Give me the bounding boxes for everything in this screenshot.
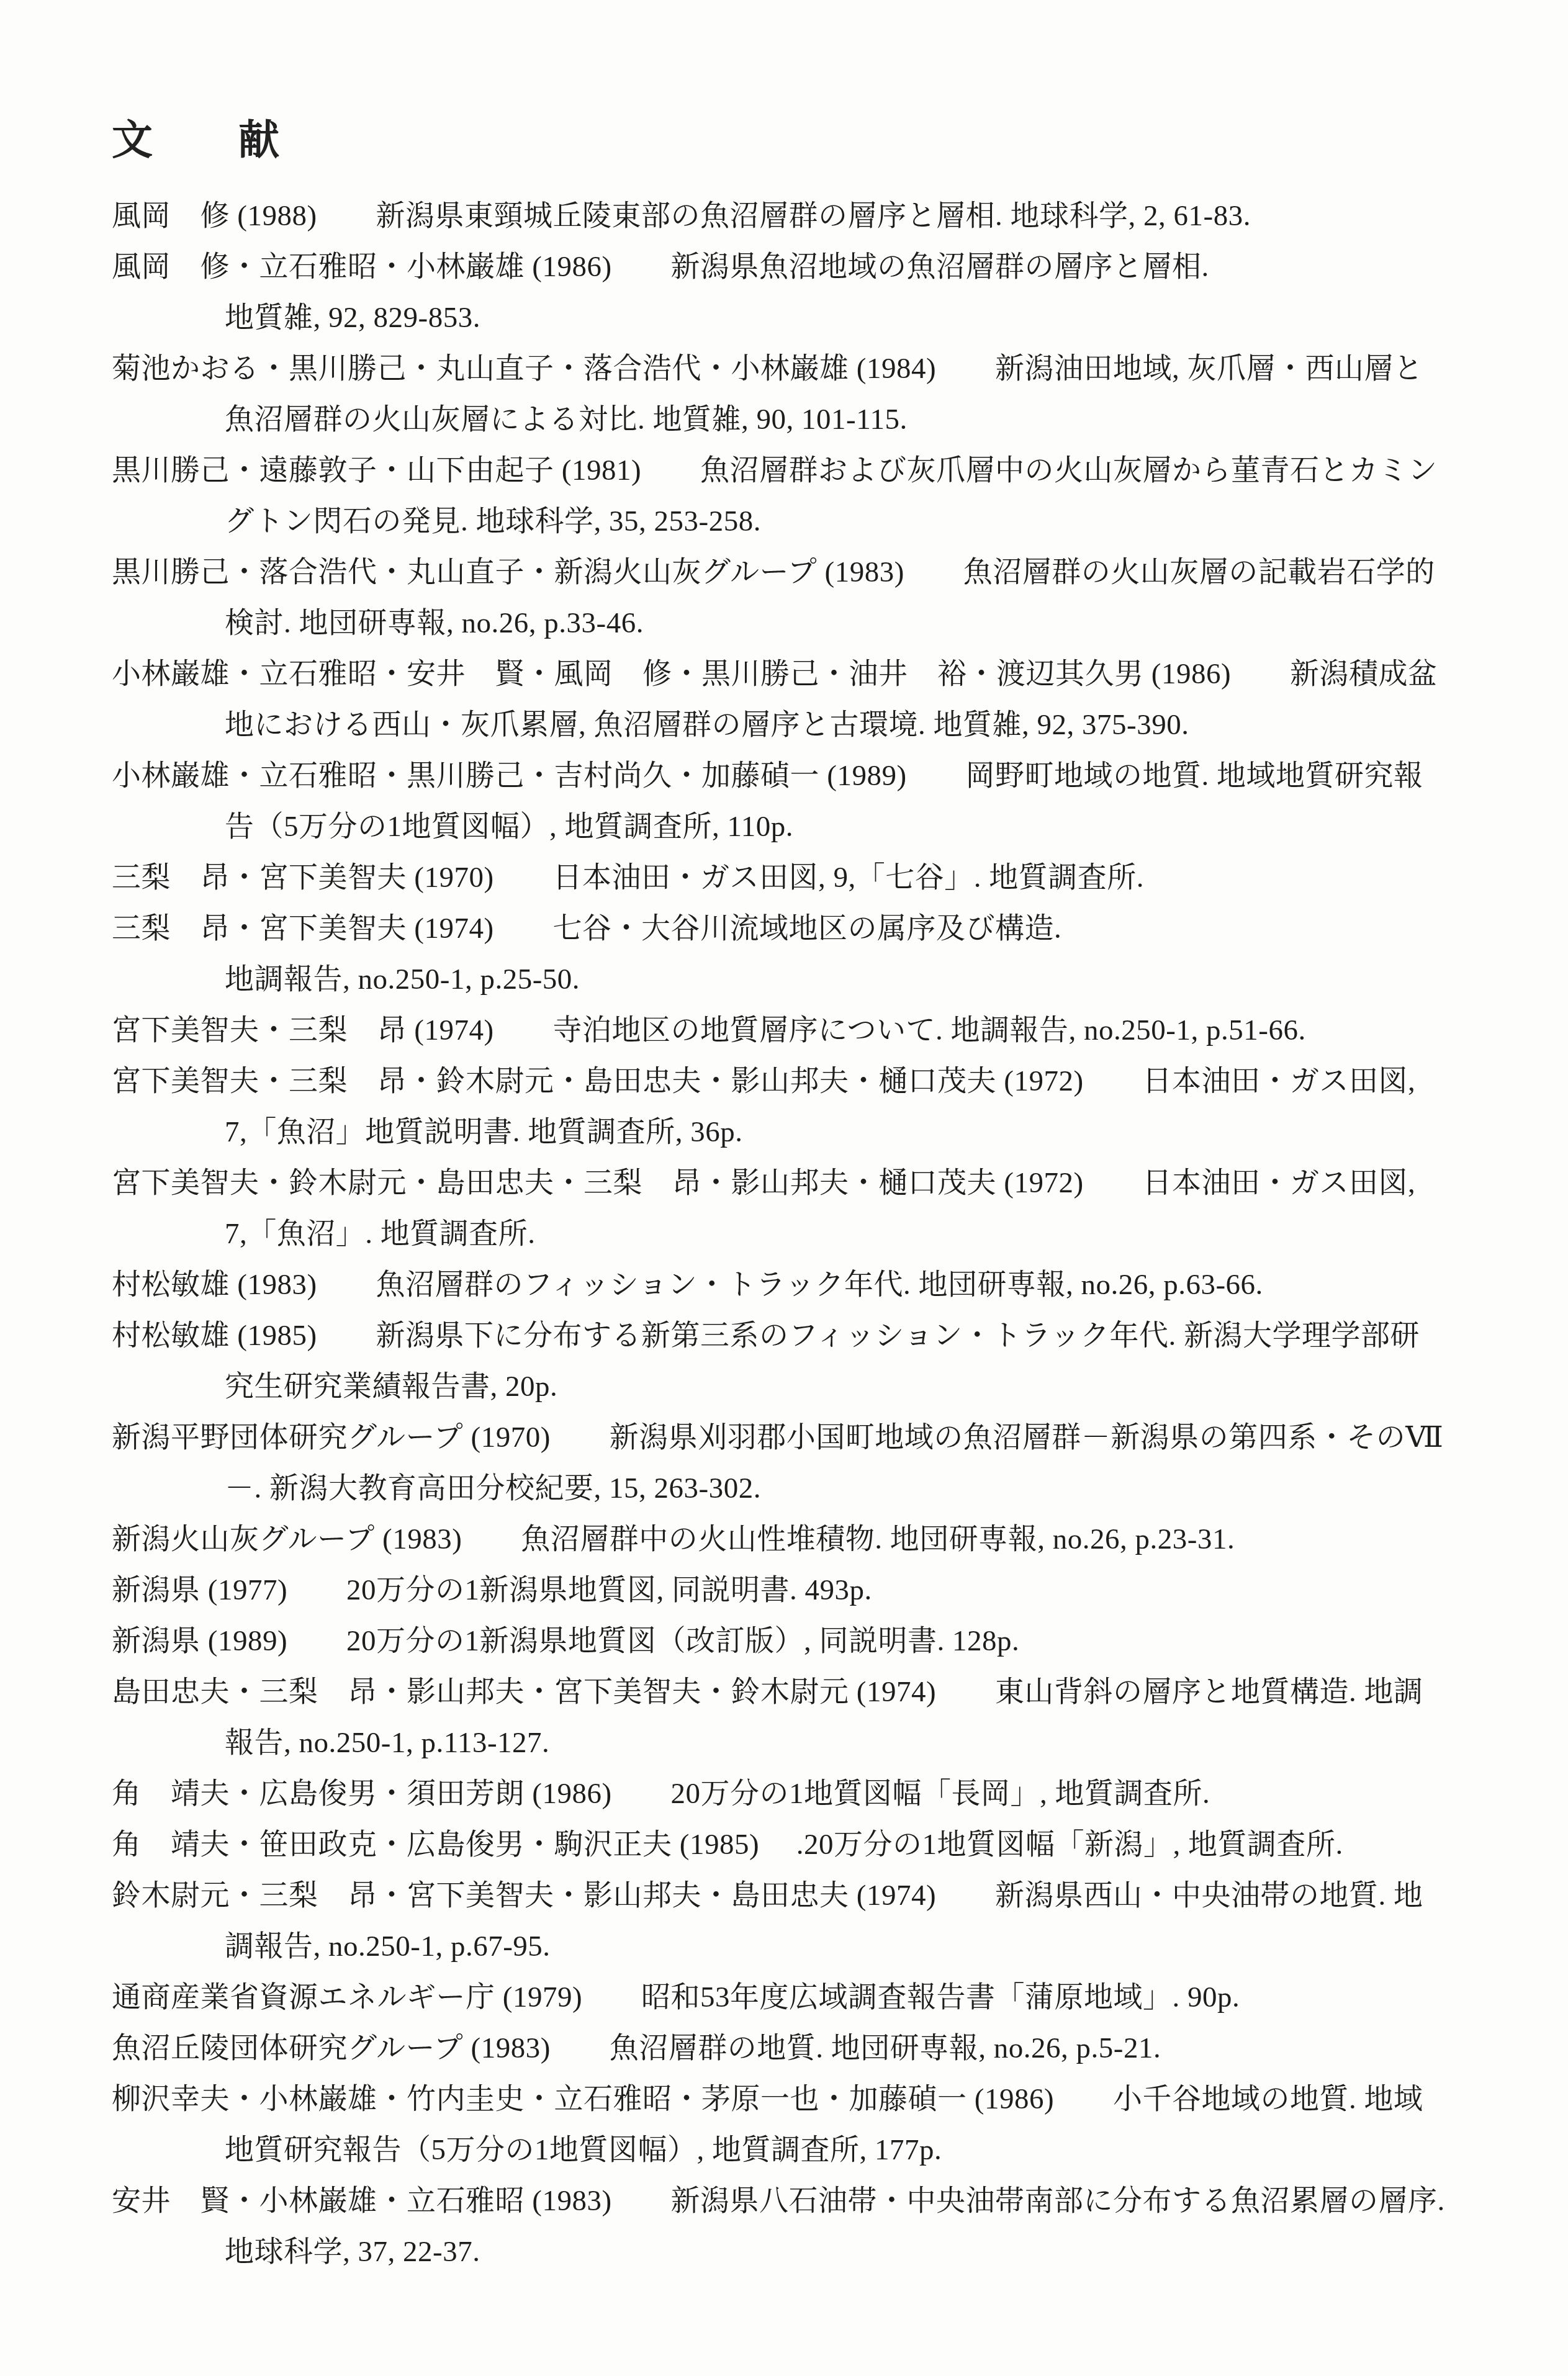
reference-line: 角 靖夫・広島俊男・須田芳朗 (1986) 20万分の1地質図幅「長岡」, 地質… [112,1765,1531,1816]
reference-line: 告（5万分の1地質図幅）, 地質調査所, 110p. [112,798,1531,849]
reference-line: 報告, no.250-1, p.113-127. [112,1714,1531,1765]
reference-line: 魚沼丘陵団体研究グループ (1983) 魚沼層群の地質. 地団研専報, no.2… [112,2020,1531,2071]
reference-line: 島田忠夫・三梨 昂・影山邦夫・宮下美智夫・鈴木尉元 (1974) 東山背斜の層序… [112,1663,1531,1714]
reference-line: 地における西山・灰爪累層, 魚沼層群の層序と古環境. 地質雑, 92, 375-… [112,696,1531,747]
reference-line: 通商産業省資源エネルギー庁 (1979) 昭和53年度広域調査報告書「蒲原地域」… [112,1969,1531,2020]
reference-line: 黒川勝己・落合浩代・丸山直子・新潟火山灰グループ (1983) 魚沼層群の火山灰… [112,544,1531,595]
reference-line: 菊池かおる・黒川勝己・丸山直子・落合浩代・小林巌雄 (1984) 新潟油田地域,… [112,340,1531,391]
reference-line: 7,「魚沼」. 地質調査所. [112,1205,1531,1256]
reference-line: グトン閃石の発見. 地球科学, 35, 253-258. [112,493,1531,544]
reference-line: 安井 賢・小林巌雄・立石雅昭 (1983) 新潟県八石油帯・中央油帯南部に分布す… [112,2172,1531,2223]
reference-line: 検討. 地団研専報, no.26, p.33-46. [112,595,1531,646]
reference-line: 村松敏雄 (1983) 魚沼層群のフィッション・トラック年代. 地団研専報, n… [112,1256,1531,1307]
reference-line: 地調報告, no.250-1, p.25-50. [112,951,1531,1002]
reference-line: 魚沼層群の火山灰層による対比. 地質雑, 90, 101-115. [112,391,1531,442]
reference-line: 新潟県 (1989) 20万分の1新潟県地質図（改訂版）, 同説明書. 128p… [112,1613,1531,1663]
reference-line: 小林巌雄・立石雅昭・安井 賢・風岡 修・黒川勝己・油井 裕・渡辺其久男 (198… [112,646,1531,696]
page-title: 文 献 [112,107,281,166]
reference-line: 7,「魚沼」地質説明書. 地質調査所, 36p. [112,1104,1531,1154]
reference-line: 新潟県 (1977) 20万分の1新潟県地質図, 同説明書. 493p. [112,1562,1531,1613]
reference-line: 三梨 昂・宮下美智夫 (1974) 七谷・大谷川流域地区の属序及び構造. [112,900,1531,951]
reference-line: 柳沢幸夫・小林巌雄・竹内圭史・立石雅昭・茅原一也・加藤碵一 (1986) 小千谷… [112,2071,1531,2122]
reference-line: 三梨 昂・宮下美智夫 (1970) 日本油田・ガス田図, 9,「七谷」. 地質調… [112,849,1531,900]
reference-line: 地質雑, 92, 829-853. [112,289,1531,340]
reference-line: 究生研究業績報告書, 20p. [112,1358,1531,1409]
reference-line: 風岡 修 (1988) 新潟県東頸城丘陵東部の魚沼層群の層序と層相. 地球科学,… [112,187,1531,238]
reference-line: 新潟平野団体研究グループ (1970) 新潟県刈羽郡小国町地域の魚沼層群－新潟県… [112,1409,1531,1460]
reference-line: 新潟火山灰グループ (1983) 魚沼層群中の火山性堆積物. 地団研専報, no… [112,1511,1531,1562]
reference-line: 小林巌雄・立石雅昭・黒川勝己・吉村尚久・加藤碵一 (1989) 岡野町地域の地質… [112,747,1531,798]
document-page: 文 献 風岡 修 (1988) 新潟県東頸城丘陵東部の魚沼層群の層序と層相. 地… [0,0,1568,2376]
reference-line: 宮下美智夫・三梨 昂 (1974) 寺泊地区の地質層序について. 地調報告, n… [112,1002,1531,1053]
reference-line: 鈴木尉元・三梨 昂・宮下美智夫・影山邦夫・島田忠夫 (1974) 新潟県西山・中… [112,1867,1531,1918]
reference-line: 村松敏雄 (1985) 新潟県下に分布する新第三系のフィッション・トラック年代.… [112,1307,1531,1358]
reference-line: 地質研究報告（5万分の1地質図幅）, 地質調査所, 177p. [112,2122,1531,2172]
reference-line: －. 新潟大教育高田分校紀要, 15, 263-302. [112,1460,1531,1511]
reference-line: 黒川勝己・遠藤敦子・山下由起子 (1981) 魚沼層群および灰爪層中の火山灰層か… [112,442,1531,493]
reference-line: 風岡 修・立石雅昭・小林巌雄 (1986) 新潟県魚沼地域の魚沼層群の層序と層相… [112,238,1531,289]
reference-line: 宮下美智夫・三梨 昂・鈴木尉元・島田忠夫・影山邦夫・樋口茂夫 (1972) 日本… [112,1053,1531,1104]
reference-line: 角 靖夫・笹田政克・広島俊男・駒沢正夫 (1985) .20万分の1地質図幅「新… [112,1816,1531,1867]
reference-line: 地球科学, 37, 22-37. [112,2223,1531,2274]
reference-line: 宮下美智夫・鈴木尉元・島田忠夫・三梨 昂・影山邦夫・樋口茂夫 (1972) 日本… [112,1154,1531,1205]
reference-line: 調報告, no.250-1, p.67-95. [112,1918,1531,1969]
references-list: 風岡 修 (1988) 新潟県東頸城丘陵東部の魚沼層群の層序と層相. 地球科学,… [112,187,1531,2274]
